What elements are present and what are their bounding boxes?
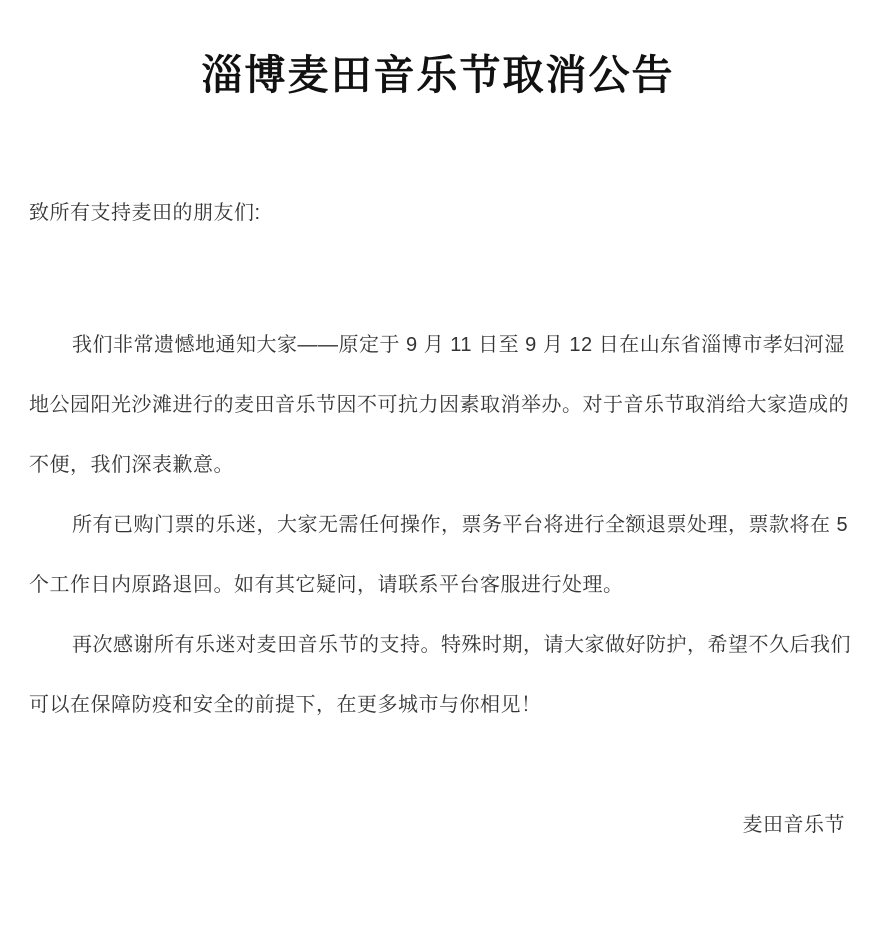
salutation-line: 致所有支持麦田的朋友们: — [29, 198, 261, 228]
page-title: 淄博麦田音乐节取消公告 — [0, 49, 876, 101]
body-line: 可以在保障防疫和安全的前提下，在更多城市与你相见！ — [29, 675, 858, 735]
body-line: 所有已购门票的乐迷，大家无需任何操作，票务平台将进行全额退票处理，票款将在 5 — [29, 495, 858, 555]
body-line: 个工作日内原路退回。如有其它疑问，请联系平台客服进行处理。 — [29, 555, 858, 615]
body-line: 再次感谢所有乐迷对麦田音乐节的支持。特殊时期，请大家做好防护，希望不久后我们 — [29, 615, 858, 675]
body-line: 我们非常遗憾地通知大家——原定于 9 月 11 日至 9 月 12 日在山东省淄… — [29, 315, 858, 375]
signature-line: 麦田音乐节 — [743, 810, 846, 840]
body-line: 不便，我们深表歉意。 — [29, 435, 858, 495]
body-line: 地公园阳光沙滩进行的麦田音乐节因不可抗力因素取消举办。对于音乐节取消给大家造成的 — [29, 375, 858, 435]
announcement-document: 淄博麦田音乐节取消公告 致所有支持麦田的朋友们: 我们非常遗憾地通知大家——原定… — [0, 0, 876, 943]
announcement-body: 我们非常遗憾地通知大家——原定于 9 月 11 日至 9 月 12 日在山东省淄… — [29, 315, 858, 735]
